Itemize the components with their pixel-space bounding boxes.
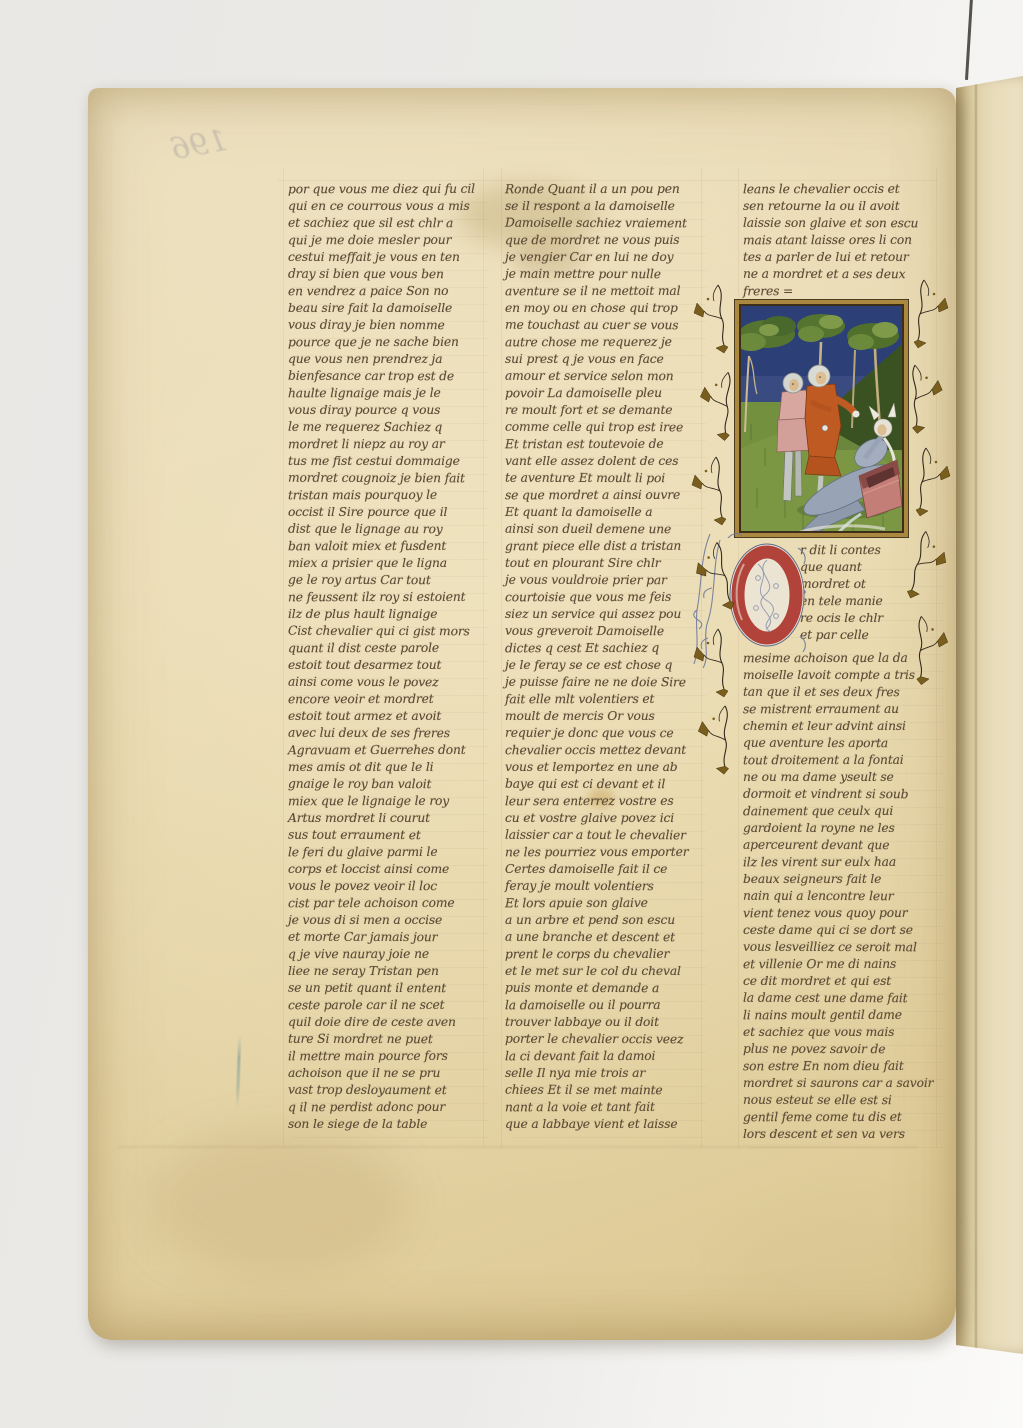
manuscript-text-line: estoit tout armez et avoit [288,708,488,725]
manuscript-text-line: en moy ou en chose qui trop [505,300,710,317]
manuscript-text-line: plus ne povez savoir de [743,1041,938,1059]
manuscript-text-line: le me requerez Sachiez q [288,419,488,437]
manuscript-text-line: nant a la voie et tant fait [505,1099,710,1117]
manuscript-text-line: feray je moult volentiers [505,878,710,896]
manuscript-text-line: cestui meffait je vous en ten [288,249,488,266]
parchment-stain [728,1208,948,1328]
manuscript-text-line: gnaige le roy ban valoit [288,776,488,794]
manuscript-text-line: ture Si mordret ne puet [288,1031,488,1049]
parchment-crease [118,1146,918,1148]
manuscript-text-line: haulte lignaige mais je le [288,385,488,402]
manuscript-text-line: corps et loccist ainsi come [288,861,488,878]
manuscript-text-line: siez un service qui assez pou [505,606,710,623]
manuscript-text-line: cu et vostre glaive povez ici [505,810,710,827]
manuscript-text-line: laissier car a tout le chevalier [505,827,710,845]
folio-number: 196 [146,123,231,171]
manuscript-text-line: a un arbre et pend son escu [505,912,710,929]
manuscript-text-line: q il ne perdist adonc pour [288,1099,488,1116]
manuscript-text-line: chevalier occis mettez devant [505,742,710,760]
manuscript-text-line: re moult fort et se demante [505,402,710,419]
manuscript-text-line: mordret li niepz au roy ar [288,436,488,453]
manuscript-text-line: ainsi son dueil demene une [505,521,710,539]
manuscript-text-line: je vengier Car en lui ne doy [505,249,710,266]
manuscript-text-line: mais atant laisse ores li con [743,232,938,249]
manuscript-text-line: nain qui a lencontre leur [743,888,938,906]
manuscript-text-line: prent le corps du chevalier [505,946,710,964]
manuscript-text-line: dictes q cest Et sachiez q [505,640,710,658]
manuscript-text-line: lors descent et sen va vers [743,1126,938,1143]
manuscript-text-line: miex a prisier que le ligna [288,555,488,572]
manuscript-text-line: puis monte et demande a [505,980,710,998]
manuscript-text-line: comme celle qui trop est iree [505,419,710,437]
manuscript-page: 196 por que vous me diez qui fu cilqui e… [88,88,956,1340]
manuscript-text-line: q je vive nauray joie ne [288,946,488,963]
manuscript-text-line: je vous vouldroie prier par [505,572,710,590]
manuscript-text-line: que vous nen prendrez ja [288,351,488,368]
manuscript-text-line: Certes damoiselle fait il ce [505,861,710,878]
manuscript-text-line: aperceurent devant que [743,837,938,855]
manuscript-text-line: que de mordret ne vous puis [505,232,710,250]
manuscript-text-line: tristan mais pourquoy le [288,487,488,504]
manuscript-text-line: avec lui deux de ses freres [288,725,488,743]
manuscript-text-line: gardoient la royne ne les [743,820,938,837]
manuscript-text-line: fait elle mlt volentiers et [505,691,710,709]
manuscript-text-line: achoison que il ne se pru [288,1065,488,1082]
manuscript-text-line: il mettre main pource fors [288,1048,488,1065]
text-column-1: por que vous me diez qui fu cilqui en ce… [288,181,488,1133]
manuscript-text-line: occist il Sire pource que il [288,504,488,521]
manuscript-text-line: bienfesance car trop est de [288,368,488,386]
manuscript-text-line: que a labbaye vient et laisse [505,1116,710,1133]
manuscript-text-line: tus me fist cestui dommaige [288,453,488,470]
manuscript-text-line: pource que je ne sache bien [288,334,488,351]
manuscript-text-line: ainsi come vous le povez [288,674,488,692]
manuscript-text-line: je le feray se ce est chose q [505,657,710,674]
manuscript-text-line: ce dit mordret et qui est [743,973,938,990]
manuscript-text-line: ceste parole car il ne scet [288,997,488,1014]
manuscript-text-line: je vous di si men a occise [288,912,488,929]
manuscript-text-line: amour et service selon mon [505,368,710,386]
manuscript-text-line: vous diray pource q vous [288,402,488,419]
parchment-stain [148,1128,408,1278]
manuscript-text-line: la ci devant fait la damoi [505,1048,710,1066]
ruling-line [283,168,284,1148]
manuscript-text-line: trouver labbaye ou il doit [505,1014,710,1031]
manuscript-text-line: Damoiselle sachiez vraiement [505,215,710,233]
manuscript-text-line: por que vous me diez qui fu cil [288,181,488,198]
manuscript-text-line: chiees Et il se met mainte [505,1082,710,1100]
manuscript-text-line: ceste dame qui ci se dort se [743,922,938,939]
manuscript-text-line: en vendrez a paice Son no [288,283,488,300]
manuscript-text-line: mordret si saurons car a savoir [743,1075,938,1092]
manuscript-text-line: et morte Car jamais jour [288,929,488,947]
manuscript-text-line: ilz de plus hault lignaige [288,606,488,623]
manuscript-text-line: miex que le lignaige le roy [288,793,488,810]
manuscript-text-line: Ronde Quant il a un pou pen [505,181,710,199]
manuscript-text-line: Et lors apuie son glaive [505,895,710,913]
manuscript-text-line: beaux seigneurs fait le [743,871,938,888]
manuscript-text-line: se il respont a la damoiselle [505,198,710,215]
manuscript-text-line: estoit tout desarmez tout [288,657,488,674]
ruling-line [501,168,502,1148]
manuscript-text-line: et le met sur le col du cheval [505,963,710,980]
manuscript-text-line: leans le chevalier occis et [743,181,938,198]
manuscript-text-line: selle Il nya mie trois ar [505,1065,710,1082]
manuscript-text-line: dray si bien que vous ben [288,266,488,284]
manuscript-text-line: cist par tele achoison come [288,895,488,912]
manuscript-text-line: je puisse faire ne ne doie Sire [505,674,710,692]
manuscript-text-line: nous esteut se elle est si [743,1092,938,1110]
manuscript-text-line: liee ne seray Tristan pen [288,963,488,980]
manuscript-text-line: sen retourne la ou il avoit [743,198,938,215]
manuscript-text-line: son estre En nom dieu fait [743,1058,938,1075]
manuscript-text-line: ge le roy artus Car tout [288,572,488,590]
manuscript-text-line: dist que le lignage au roy [288,521,488,539]
manuscript-text-line: sui prest q je vous en face [505,351,710,368]
manuscript-text-line: je main mettre pour nulle [505,266,710,284]
manuscript-text-line: dormoit et vindrent si soub [743,786,938,804]
manuscript-text-line: que aventure les aporta [743,735,938,753]
manuscript-text-line: povoir La damoiselle pleu [505,385,710,403]
manuscript-text-line: ne les pourriez vous emporter [505,844,710,862]
manuscript-text-line: ne feussent ilz roy si estoient [288,589,488,606]
manuscript-text-line: qui je me doie mesler pour [288,232,488,249]
manuscript-text-line: et sachiez que sil est chlr a [288,215,488,233]
manuscript-text-line: courtoisie que vous me feis [505,589,710,607]
marginal-ink-mark [236,1036,242,1108]
manuscript-text-line: baye qui est ci devant et il [505,776,710,794]
manuscript-text-line: se que mordret a ainsi ouvre [505,487,710,505]
binding-edge-line [965,0,973,80]
manuscript-text-line: Agravuam et Guerrehes dont [288,742,488,759]
photograph-background: 196 por que vous me diez qui fu cilqui e… [0,0,1023,1428]
manuscript-text-line: me touchast au cuer se vous [505,317,710,335]
manuscript-text-line: gentil feme come tu dis et [743,1109,938,1126]
manuscript-text-line: li nains moult gentil dame [743,1007,938,1024]
manuscript-text-line: tes a parler de lui et retour [743,249,938,266]
manuscript-text-line: autre chose me requerez je [505,334,710,352]
manuscript-text-line: le feri du glaive parmi le [288,844,488,861]
miniature-painting [733,298,910,539]
manuscript-text-line: sus tout erraument et [288,827,488,845]
manuscript-text-line: moult de mercis Or vous [505,708,710,725]
ivy-border-right [904,280,952,725]
manuscript-text-line: laissie son glaive et son escu [743,215,938,233]
manuscript-text-line: vient tenez vous quoy pour [743,905,938,922]
manuscript-text-line: son le siege de la table [288,1116,488,1133]
manuscript-text-line: porter le chevalier occis veez [505,1031,710,1049]
manuscript-text-line: a une branche et descent et [505,929,710,947]
initial-letter-ring [738,552,796,638]
ivy-border-left [690,285,740,765]
manuscript-text-line: ne ou ma dame yseult se [743,769,938,786]
manuscript-text-line: Artus mordret li courut [288,810,488,827]
manuscript-text-line: tout en plourant Sire chlr [505,555,710,572]
manuscript-text-line: la dame cest une dame fait [743,990,938,1008]
manuscript-text-line: dainement que ceulx qui [743,803,938,820]
text-column-2: Ronde Quant il a un pou pense il respont… [505,181,710,1133]
manuscript-text-line: et sachiez que vous mais [743,1024,938,1041]
manuscript-text-line: te aventure Et moult li poi [505,470,710,488]
manuscript-text-line: requier je donc que vous ce [505,725,710,743]
manuscript-text-line: ban valoit miex et fusdent [288,538,488,555]
manuscript-text-line: mordret cougnoiz je bien fait [288,470,488,488]
manuscript-text-line: Cist chevalier qui ci gist mors [288,623,488,641]
manuscript-text-line: tout droitement a la fontai [743,752,938,769]
manuscript-text-line: se un petit quant il entent [288,980,488,998]
manuscript-text-line: quant il dist ceste parole [288,640,488,657]
manuscript-text-line: encore veoir et mordret [288,691,488,708]
adjacent-folio-edge [956,76,1023,1354]
manuscript-text-line: Et tristan est toutevoie de [505,436,710,454]
manuscript-text-line: qui en ce courrous vous a mis [288,198,488,215]
manuscript-text-line: leur sera enterrez vostre es [505,793,710,811]
manuscript-text-line: et villenie Or me di nains [743,956,938,973]
manuscript-text-line: vous le povez veoir il loc [288,878,488,896]
folio-crease [975,76,977,1354]
manuscript-text-line: vast trop desloyaument et [288,1082,488,1100]
manuscript-text-line: grant piece elle dist a tristan [505,538,710,556]
manuscript-text-line: la damoiselle ou il pourra [505,997,710,1015]
manuscript-text-line: vous greveroit Damoiselle [505,623,710,641]
manuscript-text-line: vous lesveilliez ce seroit mal [743,939,938,957]
manuscript-text-line: beau sire fait la damoiselle [288,300,488,317]
manuscript-text-line: mes amis ot dit que le li [288,759,488,776]
manuscript-text-line: vous diray je bien nomme [288,317,488,335]
manuscript-text-line: vous et lemportez en une ab [505,759,710,776]
manuscript-text-line: aventure se il ne mettoit mal [505,283,710,301]
manuscript-text-line: ilz les virent sur eulx haa [743,854,938,871]
manuscript-text-line: Et quant la damoiselle a [505,504,710,521]
manuscript-text-line: quil doie dire de ceste aven [288,1014,488,1031]
manuscript-text-line: vant elle assez dolent de ces [505,453,710,470]
